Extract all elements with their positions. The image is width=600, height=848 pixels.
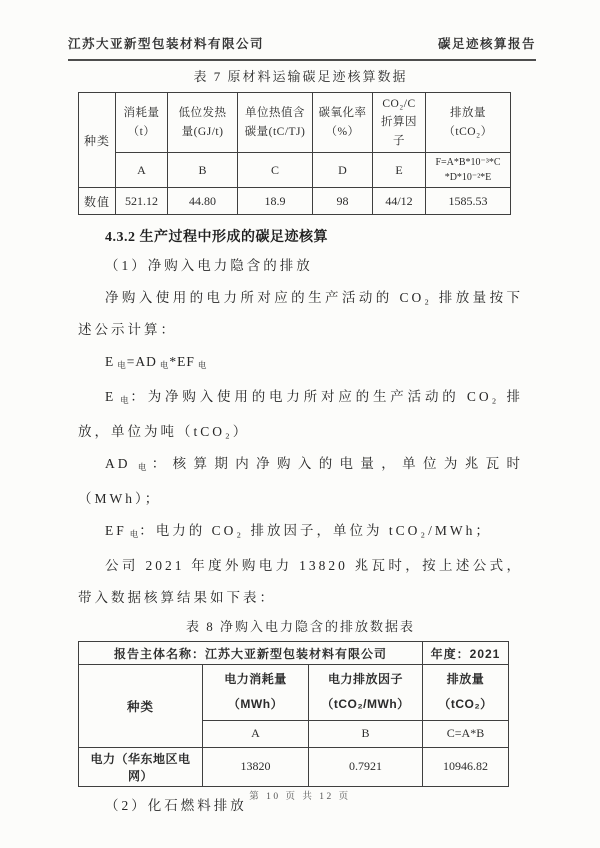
t7-header-row: 种类 消耗量 （t） 低位发热 量(GJ/t) 单位热值含 碳量(tC/TJ) … [79, 93, 511, 153]
t7-code-c: C [238, 153, 313, 188]
t8-subject-row: 报告主体名称：江苏大亚新型包装材料有限公司 年度：2021 [79, 642, 509, 665]
def-ef-sub: 电 [130, 529, 139, 539]
t8-code-c: C=A*B [423, 720, 509, 747]
t7-code-row: A B C D E F=A*B*10⁻³*C *D*10⁻²*E [79, 153, 511, 188]
t7-header-heating-value: 低位发热 量(GJ/t) [168, 93, 238, 153]
t7-code-b: B [168, 153, 238, 188]
t8-header-emission-factor: 电力排放因子 （tCO₂/MWh） [309, 665, 423, 720]
t7-value-row: 数值 521.12 44.80 18.9 98 44/12 1585.53 [79, 188, 511, 215]
table8-electricity-emission: 报告主体名称：江苏大亚新型包装材料有限公司 年度：2021 种类 电力消耗量 （… [78, 641, 509, 786]
def-ad-sub: 电 [134, 462, 151, 472]
t8-value-c: 10946.82 [423, 747, 509, 786]
page-header: 江苏大亚新型包装材料有限公司 碳足迹核算报告 [68, 34, 536, 61]
table7-raw-material-transport: 种类 消耗量 （t） 低位发热 量(GJ/t) 单位热值含 碳量(tC/TJ) … [78, 92, 511, 215]
def-e-text: ：为净购入使用的电力所对应的生产活动的 CO₂ 排放，单位为吨（tCO₂） [78, 389, 523, 439]
t7-value-b: 44.80 [168, 188, 238, 215]
t7-value-d: 98 [313, 188, 373, 215]
t7-value-c: 18.9 [238, 188, 313, 215]
t7-code-a: A [116, 153, 168, 188]
def-e-symbol: E [105, 389, 116, 404]
t7-value-a: 521.12 [116, 188, 168, 215]
t7-header-carbon-content: 单位热值含 碳量(tC/TJ) [238, 93, 313, 153]
formula-e-equals: E电=AD电*EF电 [78, 346, 523, 381]
def-ef-text: ：电力的 CO₂ 排放因子，单位为 tCO₂/MWh； [139, 523, 492, 538]
t7-code-f-formula: F=A*B*10⁻³*C *D*10⁻²*E [426, 153, 511, 188]
header-company-name: 江苏大亚新型包装材料有限公司 [68, 34, 264, 52]
definition-e: E电：为净购入使用的电力所对应的生产活动的 CO₂ 排放，单位为吨（tCO₂） [78, 381, 523, 448]
t7-code-e: E [373, 153, 426, 188]
t8-code-b: B [309, 720, 423, 747]
t8-value-b: 0.7921 [309, 747, 423, 786]
formula-sub-2: 电 [160, 360, 169, 370]
report-page: 江苏大亚新型包装材料有限公司 碳足迹核算报告 表 7 原材料运输碳足迹核算数据 … [0, 0, 600, 848]
definition-ef: EF电：电力的 CO₂ 排放因子，单位为 tCO₂/MWh； [78, 515, 523, 550]
table7-caption: 表 7 原材料运输碳足迹核算数据 [78, 68, 523, 86]
t7-corner-label: 种类 [79, 93, 116, 188]
header-report-title: 碳足迹核算报告 [438, 34, 536, 52]
t7-header-oxidation-rate: 碳氧化率 （%） [313, 93, 373, 153]
t7-header-consumption: 消耗量 （t） [116, 93, 168, 153]
table8-caption: 表 8 净购入电力隐含的排放数据表 [78, 618, 523, 636]
section-heading: 4.3.2 生产过程中形成的碳足迹核算 [105, 228, 523, 247]
def-ad-symbol: AD [105, 456, 131, 471]
t8-header-emission: 排放量 （tCO₂） [423, 665, 509, 720]
list-item-1: （1）净购入电力隐含的排放 [78, 250, 523, 282]
paragraph-electricity-intro: 净购入使用的电力所对应的生产活动的 CO₂ 排放量按下述公示计算： [78, 282, 523, 346]
formula-term-e: E [105, 354, 114, 369]
t8-header-consumption: 电力消耗量 （MWh） [203, 665, 309, 720]
paragraph-company-data: 公司 2021 年度外购电力 13820 兆瓦时，按上述公式，带入数据核算结果如… [78, 550, 523, 614]
formula-sub-3: 电 [198, 360, 207, 370]
t8-header-row: 种类 电力消耗量 （MWh） 电力排放因子 （tCO₂/MWh） 排放量 （tC… [79, 665, 509, 720]
def-e-sub: 电 [119, 395, 129, 405]
t8-corner-label: 种类 [79, 665, 203, 747]
t8-report-subject: 报告主体名称：江苏大亚新型包装材料有限公司 [79, 642, 423, 665]
t8-report-year: 年度：2021 [423, 642, 509, 665]
t7-header-emission: 排放量 （tCO₂） [426, 93, 511, 153]
formula-sub-1: 电 [117, 360, 126, 370]
t7-row-label: 数值 [79, 188, 116, 215]
def-ef-symbol: EF [105, 523, 127, 538]
t7-code-d: D [313, 153, 373, 188]
definition-ad: AD电：核算期内净购入的电量，单位为兆瓦时（MWh）； [78, 448, 523, 515]
t7-value-e: 44/12 [373, 188, 426, 215]
t8-row-label: 电力（华东地区电网） [79, 747, 203, 786]
page-content: 表 7 原材料运输碳足迹核算数据 种类 消耗量 （t） 低位发热 量(GJ/t)… [78, 60, 523, 822]
formula-term-ef: *EF [169, 354, 195, 369]
t7-value-f: 1585.53 [426, 188, 511, 215]
t8-value-a: 13820 [203, 747, 309, 786]
t8-code-a: A [203, 720, 309, 747]
t8-value-row: 电力（华东地区电网） 13820 0.7921 10946.82 [79, 747, 509, 786]
t7-header-conversion-factor: CO₂/C 折算因 子 [373, 93, 426, 153]
formula-term-ad: =AD [127, 354, 157, 369]
page-number: 第 10 页 共 12 页 [0, 788, 600, 802]
